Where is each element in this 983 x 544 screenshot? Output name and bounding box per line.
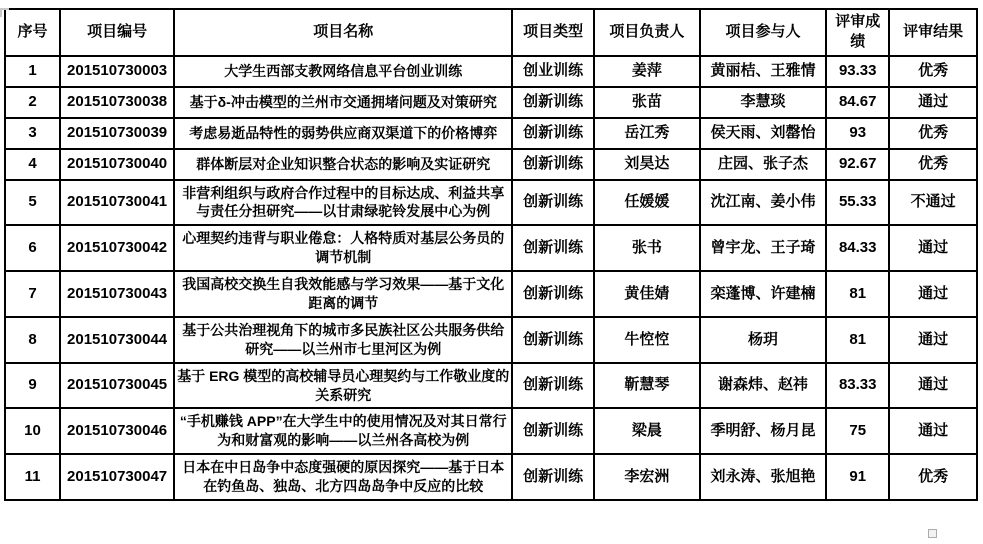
cell-leader: 姜萍 <box>594 56 700 87</box>
cell-score: 81 <box>826 271 889 317</box>
cell-participants: 刘永涛、张旭艳 <box>700 454 826 500</box>
column-header-no: 序号 <box>5 9 60 56</box>
cell-code: 201510730039 <box>60 118 174 149</box>
cell-result: 优秀 <box>889 454 977 500</box>
column-header-result: 评审结果 <box>889 9 977 56</box>
cell-result: 通过 <box>889 408 977 454</box>
cell-score: 83.33 <box>826 363 889 409</box>
cell-name: 心理契约违背与职业倦怠：人格特质对基层公务员的调节机制 <box>174 225 512 271</box>
cell-result: 通过 <box>889 87 977 118</box>
cell-type: 创新训练 <box>512 317 594 363</box>
cell-score: 55.33 <box>826 180 889 226</box>
cell-code: 201510730041 <box>60 180 174 226</box>
cell-code: 201510730043 <box>60 271 174 317</box>
cell-code: 201510730042 <box>60 225 174 271</box>
cell-result: 优秀 <box>889 118 977 149</box>
cell-score: 93 <box>826 118 889 149</box>
table-row: 6201510730042心理契约违背与职业倦怠：人格特质对基层公务员的调节机制… <box>5 225 977 271</box>
cell-participants: 黄丽桔、王雅情 <box>700 56 826 87</box>
cell-name: “手机赚钱 APP”在大学生中的使用情况及对其日常行为和财富观的影响——以兰州各… <box>174 408 512 454</box>
cell-code: 201510730047 <box>60 454 174 500</box>
cell-name: 基于δ-冲击模型的兰州市交通拥堵问题及对策研究 <box>174 87 512 118</box>
cell-type: 创业训练 <box>512 56 594 87</box>
table-row: 4201510730040群体断层对企业知识整合状态的影响及实证研究创新训练刘昊… <box>5 149 977 180</box>
cell-result: 通过 <box>889 225 977 271</box>
cell-name: 大学生西部支教网络信息平台创业训练 <box>174 56 512 87</box>
cell-no: 2 <box>5 87 60 118</box>
cell-leader: 梁晨 <box>594 408 700 454</box>
cell-no: 5 <box>5 180 60 226</box>
table-row: 5201510730041非营利组织与政府合作过程中的目标达成、利益共享与责任分… <box>5 180 977 226</box>
column-header-name: 项目名称 <box>174 9 512 56</box>
table-row: 3201510730039考虑易逝品特性的弱势供应商双渠道下的价格博弈创新训练岳… <box>5 118 977 149</box>
table-header: 序号 项目编号 项目名称 项目类型 项目负责人 项目参与人 评审成绩 评审结果 <box>5 9 977 56</box>
cell-code: 201510730038 <box>60 87 174 118</box>
table-row: 11201510730047日本在中日岛争中态度强硬的原因探究——基于日本在钓鱼… <box>5 454 977 500</box>
table-row: 9201510730045基于 ERG 模型的高校辅导员心理契约与工作敬业度的关… <box>5 363 977 409</box>
cell-type: 创新训练 <box>512 363 594 409</box>
cell-code: 201510730046 <box>60 408 174 454</box>
cell-score: 91 <box>826 454 889 500</box>
cell-participants: 庄园、张子杰 <box>700 149 826 180</box>
cell-leader: 牛悾悾 <box>594 317 700 363</box>
cell-score: 92.67 <box>826 149 889 180</box>
cell-no: 4 <box>5 149 60 180</box>
cell-score: 93.33 <box>826 56 889 87</box>
cell-type: 创新训练 <box>512 87 594 118</box>
table-move-handle-artifact <box>0 8 9 17</box>
cell-result: 不通过 <box>889 180 977 226</box>
cell-no: 7 <box>5 271 60 317</box>
cell-participants: 曾宇龙、王子琦 <box>700 225 826 271</box>
cell-type: 创新训练 <box>512 118 594 149</box>
cell-result: 优秀 <box>889 56 977 87</box>
cell-no: 9 <box>5 363 60 409</box>
cell-leader: 靳慧琴 <box>594 363 700 409</box>
header-row: 序号 项目编号 项目名称 项目类型 项目负责人 项目参与人 评审成绩 评审结果 <box>5 9 977 56</box>
cell-leader: 李宏洲 <box>594 454 700 500</box>
cell-no: 11 <box>5 454 60 500</box>
cell-name: 基于 ERG 模型的高校辅导员心理契约与工作敬业度的关系研究 <box>174 363 512 409</box>
cell-score: 81 <box>826 317 889 363</box>
cell-no: 8 <box>5 317 60 363</box>
cell-no: 3 <box>5 118 60 149</box>
cell-name: 日本在中日岛争中态度强硬的原因探究——基于日本在钓鱼岛、独岛、北方四岛岛争中反应… <box>174 454 512 500</box>
cell-type: 创新训练 <box>512 271 594 317</box>
cell-no: 10 <box>5 408 60 454</box>
cell-leader: 任媛媛 <box>594 180 700 226</box>
cell-score: 84.67 <box>826 87 889 118</box>
cell-participants: 侯天雨、刘罄怡 <box>700 118 826 149</box>
cell-leader: 张书 <box>594 225 700 271</box>
cell-code: 201510730040 <box>60 149 174 180</box>
cell-participants: 栾蓬博、许建楠 <box>700 271 826 317</box>
cell-leader: 刘昊达 <box>594 149 700 180</box>
cell-participants: 季明舒、杨月昆 <box>700 408 826 454</box>
cell-name: 考虑易逝品特性的弱势供应商双渠道下的价格博弈 <box>174 118 512 149</box>
cell-name: 基于公共治理视角下的城市多民族社区公共服务供给研究——以兰州市七里河区为例 <box>174 317 512 363</box>
column-header-score: 评审成绩 <box>826 9 889 56</box>
cell-type: 创新训练 <box>512 225 594 271</box>
cell-type: 创新训练 <box>512 454 594 500</box>
table-row: 10201510730046“手机赚钱 APP”在大学生中的使用情况及对其日常行… <box>5 408 977 454</box>
column-header-code: 项目编号 <box>60 9 174 56</box>
cell-participants: 杨玥 <box>700 317 826 363</box>
column-header-type: 项目类型 <box>512 9 594 56</box>
table-row: 2201510730038基于δ-冲击模型的兰州市交通拥堵问题及对策研究创新训练… <box>5 87 977 118</box>
cell-result: 通过 <box>889 271 977 317</box>
cell-participants: 沈江南、姜小伟 <box>700 180 826 226</box>
table-row: 1201510730003大学生西部支教网络信息平台创业训练创业训练姜萍黄丽桔、… <box>5 56 977 87</box>
project-review-table: 序号 项目编号 项目名称 项目类型 项目负责人 项目参与人 评审成绩 评审结果 … <box>4 8 978 501</box>
cell-code: 201510730003 <box>60 56 174 87</box>
table-resize-handle-artifact <box>928 529 937 538</box>
cell-code: 201510730045 <box>60 363 174 409</box>
cell-result: 优秀 <box>889 149 977 180</box>
cell-code: 201510730044 <box>60 317 174 363</box>
cell-score: 84.33 <box>826 225 889 271</box>
table-body: 1201510730003大学生西部支教网络信息平台创业训练创业训练姜萍黄丽桔、… <box>5 56 977 500</box>
table-row: 7201510730043我国高校交换生自我效能感与学习效果——基于文化距离的调… <box>5 271 977 317</box>
cell-leader: 张苗 <box>594 87 700 118</box>
cell-name: 我国高校交换生自我效能感与学习效果——基于文化距离的调节 <box>174 271 512 317</box>
cell-name: 非营利组织与政府合作过程中的目标达成、利益共享与责任分担研究——以甘肃绿驼铃发展… <box>174 180 512 226</box>
cell-participants: 谢森炜、赵祎 <box>700 363 826 409</box>
column-header-leader: 项目负责人 <box>594 9 700 56</box>
cell-no: 6 <box>5 225 60 271</box>
table-row: 8201510730044基于公共治理视角下的城市多民族社区公共服务供给研究——… <box>5 317 977 363</box>
cell-type: 创新训练 <box>512 149 594 180</box>
cell-leader: 岳江秀 <box>594 118 700 149</box>
column-header-participants: 项目参与人 <box>700 9 826 56</box>
cell-type: 创新训练 <box>512 180 594 226</box>
cell-result: 通过 <box>889 317 977 363</box>
cell-no: 1 <box>5 56 60 87</box>
cell-result: 通过 <box>889 363 977 409</box>
cell-participants: 李慧琰 <box>700 87 826 118</box>
cell-name: 群体断层对企业知识整合状态的影响及实证研究 <box>174 149 512 180</box>
cell-score: 75 <box>826 408 889 454</box>
cell-type: 创新训练 <box>512 408 594 454</box>
cell-leader: 黄佳婧 <box>594 271 700 317</box>
